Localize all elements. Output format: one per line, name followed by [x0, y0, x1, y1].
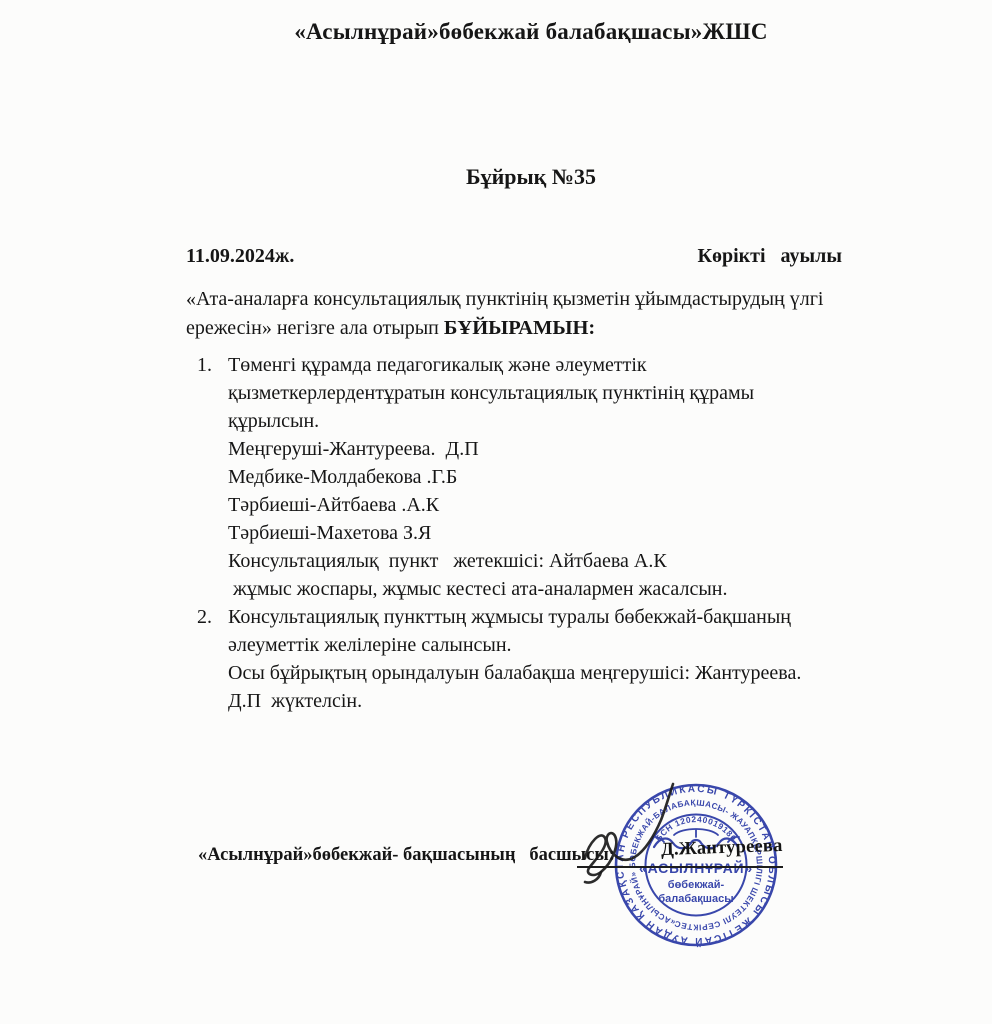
order-date: 11.09.2024ж.	[186, 245, 294, 268]
decree-word: БҰЙЫРАМЫН:	[444, 317, 595, 339]
stamp-center-line3: балабақшасы	[658, 893, 733, 905]
item-number: 1.	[197, 351, 212, 379]
intro-paragraph: «Ата-аналарға консультациялық пунктінің …	[186, 285, 892, 343]
intro-line1: «Ата-аналарға консультациялық пунктінің …	[186, 288, 823, 310]
scanned-order-document: «Асылнұрай»бөбекжай балабақшасы»ЖШС Бұйр…	[0, 0, 992, 1024]
order-number-heading: Бұйрық №35	[185, 164, 877, 190]
organization-title: «Асылнұрай»бөбекжай балабақшасы»ЖШС	[185, 19, 877, 45]
item-number: 2.	[197, 603, 212, 631]
intro-line2: ережесін» негізге ала отырып	[186, 317, 444, 339]
order-item-line: Консультациялық пункттың жұмысы туралы б…	[228, 603, 878, 631]
signer-name-overlay: Д.Жантуреева	[661, 836, 783, 861]
order-item-line: Консультациялық пункт жетекшісі: Айтбаев…	[228, 547, 878, 575]
date-place-row: 11.09.2024ж. Көрікті ауылы	[186, 245, 878, 268]
staff-line-director: Меңгеруші-Жантуреева. Д.П	[228, 435, 878, 463]
staff-line-nurse: Медбике-Молдабекова .Г.Б	[228, 463, 878, 491]
order-item-line: Д.П жүктелсін.	[228, 687, 878, 715]
order-items-list: 1. Төменгі құрамда педагогикалық және әл…	[228, 351, 878, 715]
order-item-line: жұмыс жоспары, жұмыс кестесі ата-аналарм…	[228, 575, 878, 603]
order-item-line: Осы бұйрықтың орындалуын балабақша меңге…	[228, 659, 878, 687]
handwritten-signature	[571, 772, 701, 887]
signature-label: «Асылнұрай»бөбекжай- бақшасының басшысы:	[198, 845, 615, 866]
order-item-line: қызметкерлердентұратын консультациялық п…	[228, 379, 878, 407]
order-item-line: құрылсын.	[228, 407, 878, 435]
staff-line-teacher2: Тәрбиеші-Махетова З.Я	[228, 519, 878, 547]
order-item-line: әлеуметтік желілеріне салынсын.	[228, 631, 878, 659]
staff-line-teacher1: Тәрбиеші-Айтбаева .А.К	[228, 491, 878, 519]
order-item-2: 2. Консультациялық пункттың жұмысы турал…	[228, 603, 878, 715]
order-item-line: Төменгі құрамда педагогикалық және әлеум…	[228, 351, 878, 379]
order-item-1: 1. Төменгі құрамда педагогикалық және әл…	[228, 351, 878, 603]
order-place: Көрікті ауылы	[697, 245, 842, 268]
